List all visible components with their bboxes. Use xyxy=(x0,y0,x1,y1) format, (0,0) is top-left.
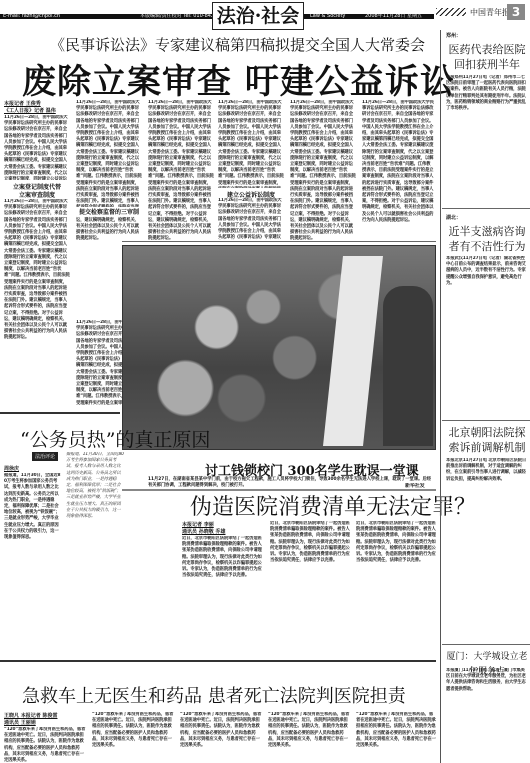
sidebar-rule xyxy=(440,30,441,763)
lead-kicker: 《民事诉讼法》专家建议稿第四稿拟提交全国人大常委会 xyxy=(50,34,425,55)
hospital-bill-headline: 伪造医院消费清单无法定罪？ xyxy=(190,490,476,521)
divider xyxy=(0,660,436,662)
ambulance-byline-2: 通讯员 王丽娟 xyxy=(4,719,36,726)
lead-body-col3: 11月26日—28日，由中国政法大学民事诉讼法研究所主办的民事诉讼法修改研讨会在… xyxy=(148,100,214,240)
sidebar-item-2-location: 湖北： xyxy=(446,214,461,221)
date-text: 2008年11月28日 星期五 xyxy=(365,13,422,20)
photo-banner xyxy=(323,256,383,446)
divider xyxy=(122,241,436,242)
divider xyxy=(442,208,530,209)
divider xyxy=(0,412,120,414)
hospital-bill-body-col2: 近日，北京市朝阳区法院审结了一起伪造医院消费清单骗取保险理赔款的案件。被告人张某… xyxy=(270,521,350,656)
ambulance-body-col3: “120”急救车来了却没有医生和药品，患者在送医途中死亡。近日，法院判决医院承担… xyxy=(180,712,262,763)
decorative-hatch-icon xyxy=(436,8,466,16)
lead-headline: 废除立案审查 吁建公益诉讼 xyxy=(22,54,455,103)
civil-servant-author: 周徐庆 xyxy=(4,465,19,472)
divider xyxy=(442,644,530,645)
sidebar-item-1-body: 本报郑州11月27日电（记者）郑州市二七区法院日前审理了一起医药代表向医院回扣的… xyxy=(446,75,528,205)
lead-byline-2: 《工人日报》记者 温伟 xyxy=(4,107,56,114)
photo-figure xyxy=(383,286,433,446)
sidebar-item-3-body: 本报北京11月27日电 北京市朝阳区法院日前推出诉前调解机制，对于适宜调解的纠纷… xyxy=(446,458,528,638)
page-number: 3 xyxy=(507,4,525,20)
hospital-bill-body-col1: 近日，北京市朝阳区法院审结了一起伪造医院消费清单骗取保险理赔款的案件。被告人张某… xyxy=(182,536,264,656)
section-en-text: Law & Society xyxy=(310,13,345,20)
commentary-tag: 法治评论 xyxy=(32,452,58,461)
lead-body-col6: 11月26日—28日，由中国政法大学民事诉讼法研究所主办的民事诉讼法修改研讨会在… xyxy=(362,100,434,240)
photo-caption: 11月27日，在湖南省某县某中学门前，由于校方拖欠工程款，施工人员将学校大门锁住… xyxy=(148,477,433,489)
news-photo xyxy=(122,245,436,450)
lead-subhead-3: 提交检察监督的三审制 xyxy=(76,207,142,216)
ambulance-headline: 急救车上无医生和药品 患者死亡法院判医院担责 xyxy=(22,682,406,708)
section-title: 法治·社会 xyxy=(212,2,304,30)
civil-servant-body-col1: 据报道，11月30日，全国近80万考生将参加国家公务员考试，报考人数与录用人数之… xyxy=(4,473,62,653)
sidebar-item-2-headline: 近半支滋病咨询者有不洁性行为 xyxy=(446,224,528,254)
sidebar-item-4-body: 本报厦门11月27日电（记者）厦门市集美区日前在大学城设立老年服务点，为社区老年… xyxy=(446,668,528,763)
ambulance-body-col4: “120”急救车来了却没有医生和药品，患者在送医途中死亡。近日，法院判决医院承担… xyxy=(268,712,350,763)
ambulance-body-col2: “120”急救车来了却没有医生和药品，患者在送医途中死亡。近日，法院判决医院承担… xyxy=(92,712,174,763)
ambulance-byline: 王晓凡 本报记者 陈俊雷 xyxy=(4,712,57,719)
lead-body-col5: 11月26日—28日，由中国政法大学民事诉讼法研究所主办的民事诉讼法修改研讨会在… xyxy=(290,100,356,240)
paper-logo: 中国青年报 xyxy=(470,7,510,18)
sidebar-item-1-headline: 医药代表给医院回扣获刑半年 xyxy=(446,42,528,72)
sidebar-item-1-location: 郑州： xyxy=(446,32,461,39)
lead-body-col1: 11月26日—28日，由中国政法大学民事诉讼法研究所主办的民事诉讼法修改研讨会在… xyxy=(4,115,70,180)
ambulance-body-col5: “120”急救车来了却没有医生和药品，患者在送医途中死亡。近日，法院判决医院承担… xyxy=(356,712,436,763)
divider xyxy=(442,420,530,421)
hospital-bill-byline: 本报记者 李丽 xyxy=(182,521,214,528)
lead-body-col4b: 11月26日—28日，由中国政法大学民事诉讼法研究所主办的民事诉讼法修改研讨会在… xyxy=(218,198,284,240)
civil-servant-headline: “公务员热”的真正原因 xyxy=(20,425,210,452)
hospital-bill-byline-2: 通讯员 孙晓敬 乔雄 xyxy=(182,528,225,535)
sidebar-item-3-headline: 北京朝阳法院探索诉前调解机制 xyxy=(446,425,528,455)
lead-body-col4: 11月26日—28日，由中国政法大学民事诉讼法研究所主办的民事诉讼法修改研讨会在… xyxy=(218,100,284,188)
lead-body-col1b: 11月26日—28日，由中国政法大学民事诉讼法研究所主办的民事诉讼法修改研讨会在… xyxy=(4,199,70,404)
email-text: E-mail: fazhi@cnpol.cn xyxy=(3,13,60,20)
sidebar-item-2-body: 本报武汉11月27日电（记者）湖北省疾控中心日前公布的调查结果显示，前来咨询艾滋… xyxy=(446,256,528,416)
lead-subhead-2: 立案审查制度 xyxy=(4,190,70,199)
ambulance-body-col1: “120”急救车来了却没有医生和药品，患者在送医途中死亡。近日，法院判决医院承担… xyxy=(4,727,86,763)
hospital-bill-body-col3: 近日，北京市朝阳区法院审结了一起伪造医院消费清单骗取保险理赔款的案件。被告人张某… xyxy=(356,521,436,656)
civil-servant-body-col2: 据报道，11月30日，全国近80万考生将参加国家公务员考试，报考人数与录用人数之… xyxy=(66,452,124,652)
lead-byline: 本报记者 王俊秀 xyxy=(4,100,41,107)
